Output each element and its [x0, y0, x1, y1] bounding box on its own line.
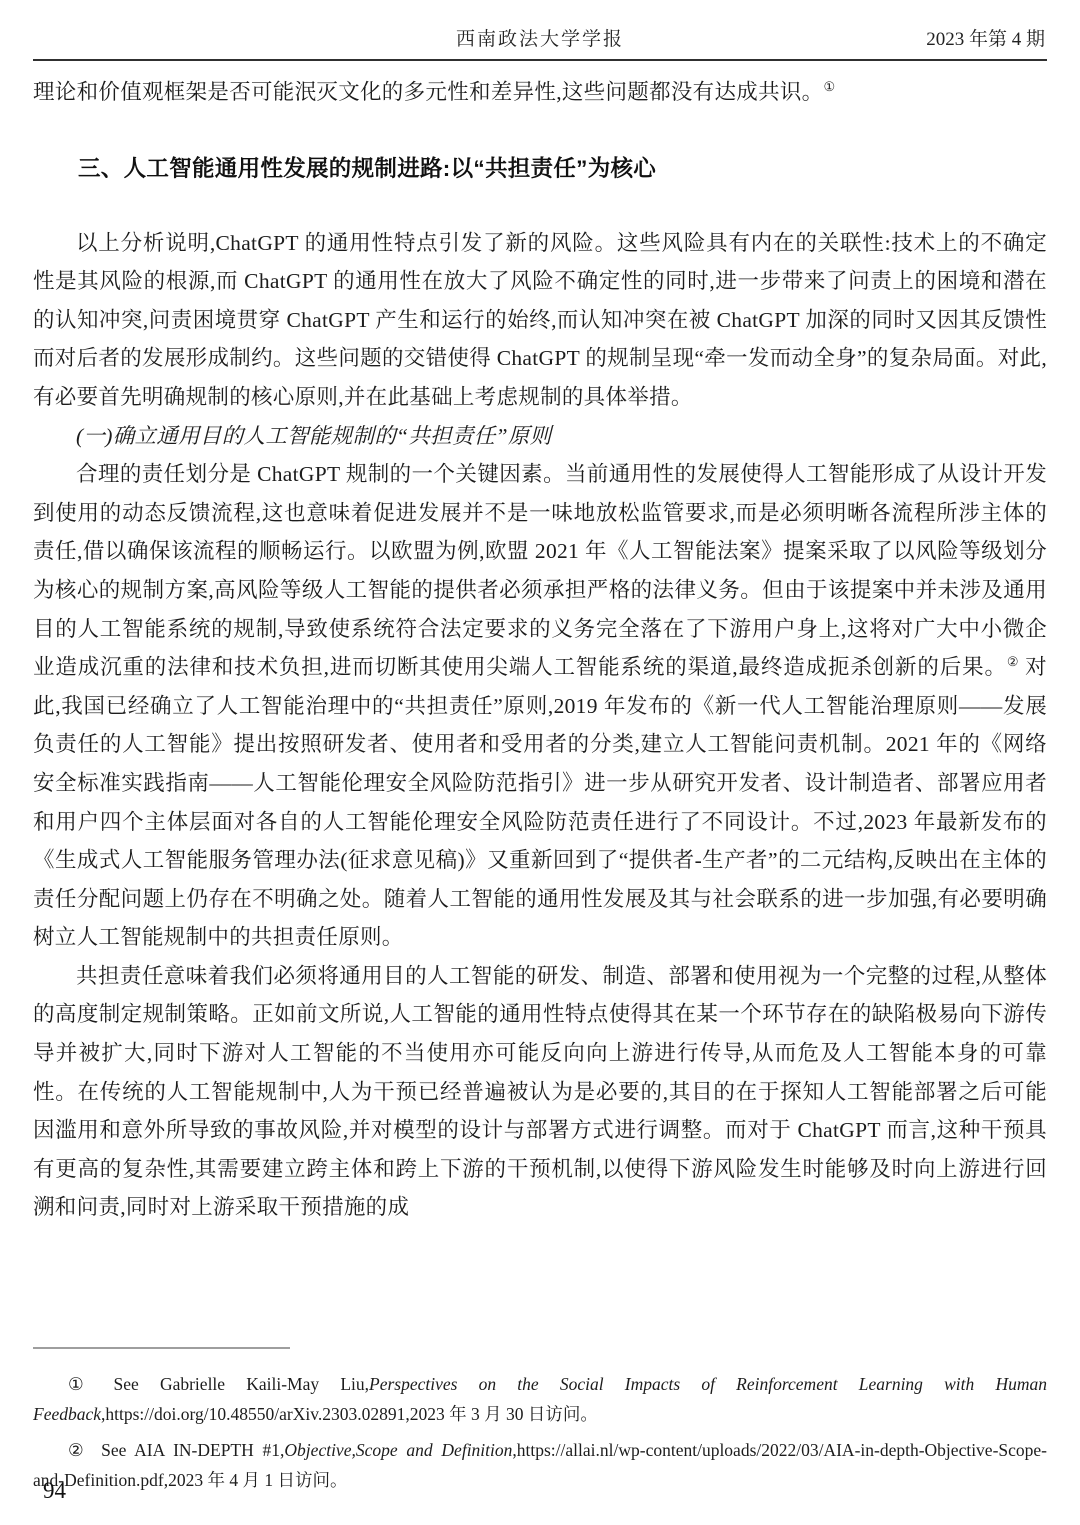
paragraph-2: 合理的责任划分是 ChatGPT 规制的一个关键因素。当前通用性的发展使得人工智…: [33, 455, 1047, 957]
paragraph-1: 以上分析说明,ChatGPT 的通用性特点引发了新的风险。这些风险具有内在的关联…: [33, 224, 1047, 417]
journal-title: 西南政法大学学报: [33, 27, 1047, 53]
footnote-1: ①See Gabrielle Kaili-May Liu,Perspective…: [33, 1369, 1047, 1429]
paragraph-3: 共担责任意味着我们必须将通用目的人工智能的研发、制造、部署和使用视为一个完整的过…: [33, 957, 1047, 1227]
issue-label: 2023 年第 4 期: [926, 27, 1045, 53]
paragraph-2-text-a: 合理的责任划分是 ChatGPT 规制的一个关键因素。当前通用性的发展使得人工智…: [33, 462, 1047, 679]
footnote-separator-rule: [33, 1347, 290, 1349]
carryover-paragraph: 理论和价值观框架是否可能泯灭文化的多元性和差异性,这些问题都没有达成共识。①: [33, 73, 1047, 112]
page-number: 94: [43, 1478, 66, 1504]
footnote-1-prefix: See Gabrielle Kaili-May Liu,: [114, 1374, 370, 1394]
section-heading: 三、人工智能通用性发展的规制进路:以“共担责任”为核心: [33, 154, 1047, 184]
footnote-ref-2: ②: [1007, 655, 1019, 669]
footnote-2-prefix: See AIA IN-DEPTH #1,: [101, 1440, 284, 1460]
footnote-2-title: Objective,Scope and Definition: [284, 1440, 512, 1460]
subsection-heading: (一)确立通用目的人工智能规制的“共担责任”原则: [33, 417, 1047, 456]
header-double-rule: [33, 59, 1047, 61]
carryover-text: 理论和价值观框架是否可能泯灭文化的多元性和差异性,这些问题都没有达成共识。: [33, 80, 823, 104]
footnote-1-marker: ①: [68, 1374, 101, 1394]
footnotes-section: ①See Gabrielle Kaili-May Liu,Perspective…: [33, 1347, 1047, 1501]
footnote-ref-1: ①: [823, 80, 835, 94]
journal-page: 西南政法大学学报 2023 年第 4 期 理论和价值观框架是否可能泯灭文化的多元…: [0, 0, 1080, 1525]
footnote-2: ②See AIA IN-DEPTH #1,Objective,Scope and…: [33, 1435, 1047, 1495]
paragraph-2-text-b: 对此,我国已经确立了人工智能治理中的“共担责任”原则,2019 年发布的《新一代…: [33, 655, 1047, 949]
running-head: 西南政法大学学报 2023 年第 4 期: [33, 27, 1047, 53]
article-body: 理论和价值观框架是否可能泯灭文化的多元性和差异性,这些问题都没有达成共识。① 三…: [33, 73, 1047, 1227]
footnote-1-suffix: ,https://doi.org/10.48550/arXiv.2303.028…: [101, 1404, 598, 1424]
footnote-2-marker: ②: [68, 1440, 88, 1460]
